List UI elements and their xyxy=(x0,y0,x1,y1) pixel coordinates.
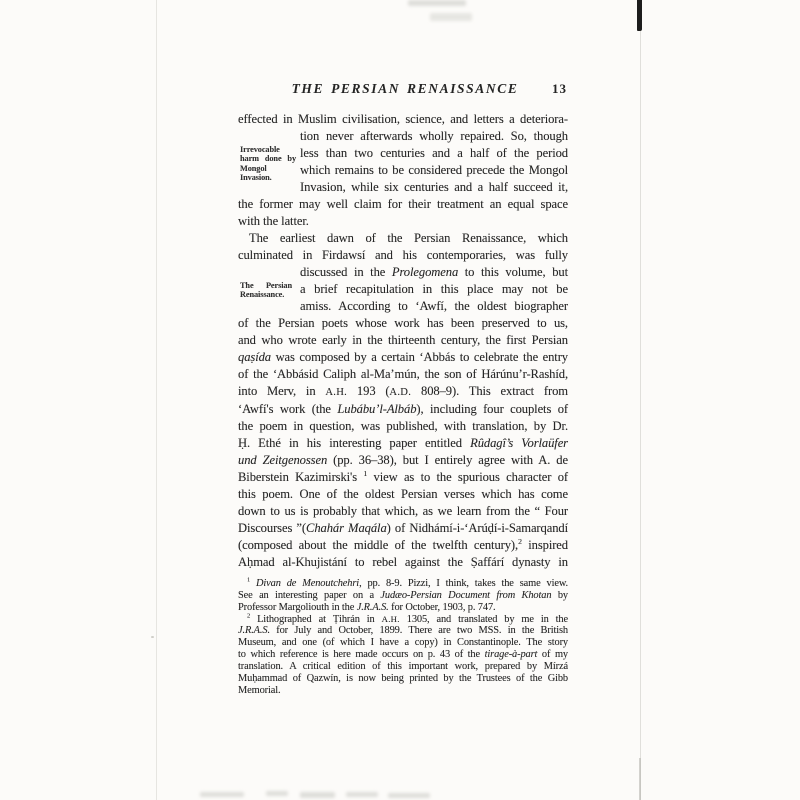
body-text-line: (composed about the middle of the twelft… xyxy=(238,537,568,554)
scan-artifact-bleedthrough xyxy=(346,792,378,797)
body-text-line: with the latter. xyxy=(238,213,568,230)
scan-artifact-top-mark xyxy=(637,0,642,31)
footnote-line: 1 Divan de Menoutchehri, pp. 8-9. Pizzi,… xyxy=(238,578,568,590)
body-text-line: amiss. According to ‘Awfí, the oldest bi… xyxy=(238,298,568,315)
scan-artifact-bleedthrough xyxy=(200,792,244,797)
body-text-line: down to us is probably that which, as we… xyxy=(238,503,568,520)
footnote-line: translation. A critical edition of this … xyxy=(238,661,568,673)
footnote-line: Museum, and one (of which I have a copy)… xyxy=(238,637,568,649)
body-text-line: into Merv, in A.H. 193 (A.D. 808–9). Thi… xyxy=(238,383,568,401)
scan-artifact-smudge xyxy=(430,13,472,21)
footnote-line: Professor Margoliouth in the J.R.A.S. fo… xyxy=(238,602,568,614)
body-text-line: less than two centuries and a half of th… xyxy=(238,145,568,162)
page-right-edge-line xyxy=(640,28,641,800)
body-text-line: the poem in question, was published, wit… xyxy=(238,418,568,435)
body-text-line: this poem. One of the oldest Persian ver… xyxy=(238,486,568,503)
body-text-line: and who wrote early in the thirteenth ce… xyxy=(238,332,568,349)
running-title: THE PERSIAN RENAISSANCE xyxy=(288,81,519,96)
running-header: THE PERSIAN RENAISSANCE 13 xyxy=(238,80,568,100)
footnote-line: Muḥammad of Qazwín, is now being printed… xyxy=(238,673,568,685)
footnote-line: 2 Lithographed at Ṭihrán in A.H. 1305, a… xyxy=(238,614,568,626)
footnotes-block: 1 Divan de Menoutchehri, pp. 8-9. Pizzi,… xyxy=(238,578,568,696)
book-page-scan: THE PERSIAN RENAISSANCE 13 Irrevocableha… xyxy=(0,0,800,800)
body-text-line: tion never afterwards wholly repaired. S… xyxy=(238,128,568,145)
page-number: 13 xyxy=(552,81,567,97)
body-text-line: Ḥ. Ethé in his interesting paper entitle… xyxy=(238,435,568,452)
body-text-line: The earliest dawn of the Persian Renaiss… xyxy=(238,230,568,247)
body-text-line: a brief recapitulation in this place may… xyxy=(238,281,568,298)
footnote-line: Memorial. xyxy=(238,685,568,697)
page-left-edge-line xyxy=(156,0,157,800)
body-text-line: of the ‘Abbásid Caliph al-Ma’mún, the so… xyxy=(238,366,568,383)
body-text-block: effected in Muslim civilisation, science… xyxy=(238,111,568,571)
body-text-line: effected in Muslim civilisation, science… xyxy=(238,111,568,128)
body-text-line: Biberstein Kazimirski's 1 view as to the… xyxy=(238,469,568,486)
scan-artifact-bleedthrough xyxy=(266,791,288,796)
body-text-line: Aḥmad al-Khujistání to rebel against the… xyxy=(238,554,568,571)
body-text-line: Discourses ”(Chahár Maqála) of Nidhámí-i… xyxy=(238,520,568,537)
body-text-line: of the Persian poets whose work has been… xyxy=(238,315,568,332)
body-text-line: und Zeitgenossen (pp. 36–38), but I enti… xyxy=(238,452,568,469)
body-text-line: discussed in the Prolegomena to this vol… xyxy=(238,264,568,281)
body-text-line: the former may well claim for their trea… xyxy=(238,196,568,213)
scan-artifact-bleedthrough xyxy=(300,792,335,798)
scan-artifact-speck xyxy=(151,636,154,638)
scan-artifact-bleedthrough xyxy=(388,793,430,798)
page-right-edge-shadow xyxy=(639,758,641,800)
footnote-line: See an interesting paper on a Judæo-Pers… xyxy=(238,590,568,602)
footnote-line: J.R.A.S. for July and October, 1899. The… xyxy=(238,625,568,637)
body-text-line: Invasion, while six centuries and a half… xyxy=(238,179,568,196)
body-text-line: ‘Awfí's work (the Lubábu’l-Albáb), inclu… xyxy=(238,401,568,418)
scan-artifact-smudge xyxy=(408,0,466,6)
footnote-line: to which reference is here made occurs o… xyxy=(238,649,568,661)
body-text-line: culminated in Firdawsí and his contempor… xyxy=(238,247,568,264)
body-text-line: which remains to be considered precede t… xyxy=(238,162,568,179)
body-text-line: qaṣída was composed by a certain ‘Abbás … xyxy=(238,349,568,366)
